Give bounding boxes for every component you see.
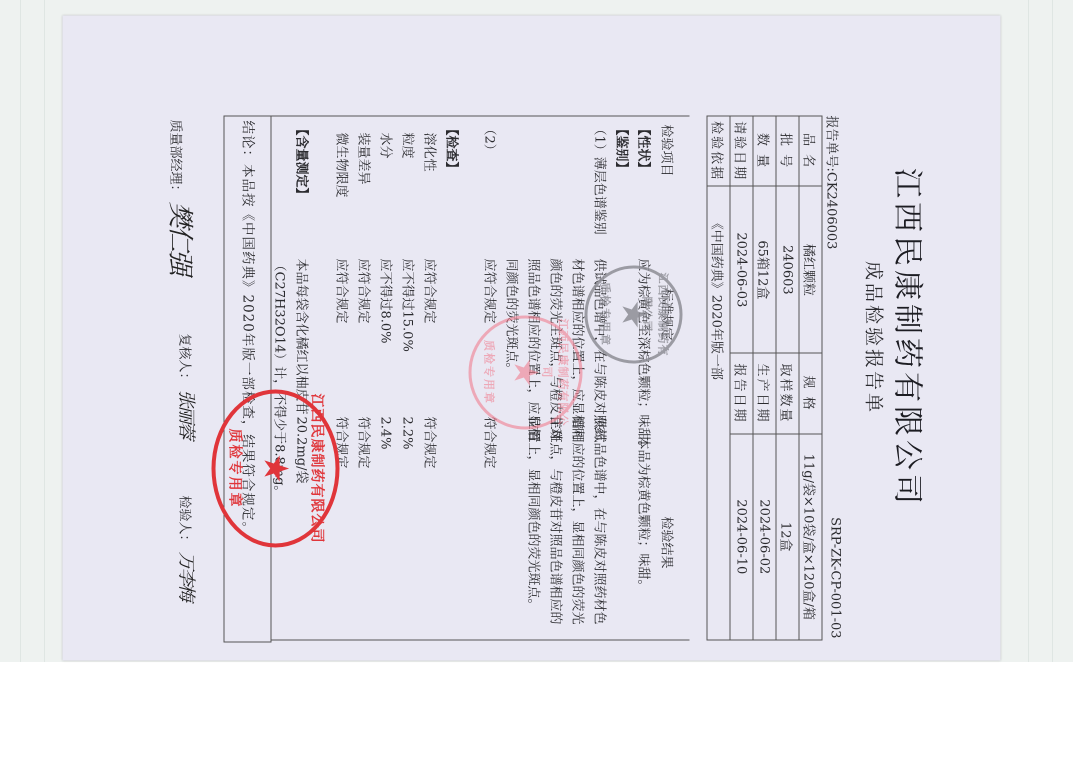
- inspector-label: 检验人：: [176, 495, 191, 547]
- manager-handwriting: 樊仁强: [164, 201, 194, 273]
- reviewer-handwriting: 张丽蓉: [175, 389, 196, 437]
- report-title: 成品检验报告单: [861, 15, 888, 660]
- basis-label: 检验依据: [707, 116, 730, 186]
- character-result: 本品为棕黄色颗粒；味甜。: [631, 436, 653, 592]
- section-inspection: 【检查】: [439, 122, 461, 174]
- tlc-result: 供试品色谱中，在与陈皮对照药材色谱相应的位置上，显相同颜色的荧光主斑点，与橙皮苷…: [521, 416, 609, 624]
- info-label1: 批 号: [776, 116, 799, 186]
- red-qc-stamp: 江西民康制药有限公司 ★ 质检专用章: [211, 389, 339, 547]
- reviewer-signature: 复核人： 张丽蓉: [174, 333, 200, 437]
- star-icon: ★: [508, 357, 542, 387]
- manager-label: 质量部经理：: [167, 119, 182, 197]
- check-result: 2.2%: [395, 416, 417, 449]
- basis-value: 《中国药典》2020年版一部: [707, 186, 730, 640]
- info-label2: 报告日期: [730, 353, 753, 433]
- info-value2: 2024-06-02: [753, 433, 776, 639]
- check-item: 粒度: [395, 132, 417, 158]
- check-standard: 应不得过8.0%: [373, 258, 395, 343]
- product-info-table: 品 名橘红颗粒规 格11g/袋×10袋/盒×120盒/箱批 号240603取样数…: [706, 115, 822, 640]
- info-label2: 生产日期: [753, 353, 776, 433]
- basis-row: 检验依据 《中国药典》2020年版一部: [707, 116, 730, 640]
- gray-qc-stamp: 江西民康制药有限公司 ★ 质检专用章: [584, 265, 682, 363]
- check-item: 溶化性: [417, 132, 439, 171]
- info-value1: 65箱12盒: [753, 186, 776, 353]
- inspector-signature: 检验人： 万李梅: [174, 495, 200, 599]
- info-value1: 橘红颗粒: [799, 186, 822, 353]
- info-value1: 2024-06-03: [730, 186, 753, 353]
- info-label1: 请验日期: [730, 116, 753, 186]
- check-item: 微生物限度: [329, 132, 351, 197]
- check-result: 2.4%: [373, 416, 395, 449]
- info-label2: 取样数量: [776, 353, 799, 433]
- check-item: 水分: [373, 132, 395, 158]
- text-line: 主斑点，与橙皮苷对照品色谱相应的: [543, 416, 565, 624]
- info-row: 品 名橘红颗粒规 格11g/袋×10袋/盒×120盒/箱: [799, 116, 822, 640]
- info-row: 批 号240603取样数量12盒: [776, 116, 799, 640]
- check-standard: 应符合规定: [417, 258, 439, 323]
- manager-signature: 质量部经理： 樊仁强: [163, 119, 200, 273]
- report-number: 报告单号:CK2406003: [823, 115, 842, 249]
- info-label1: 数 量: [753, 116, 776, 186]
- reviewer-label: 复核人：: [176, 333, 191, 385]
- info-value2: 11g/袋×10袋/盒×120盒/箱: [799, 433, 822, 639]
- section-assay: 【含量测定】: [289, 122, 311, 200]
- info-row: 请验日期2024-06-03报告日期2024-06-10: [730, 116, 753, 640]
- check-standard: 应不得过15.0%: [395, 258, 417, 351]
- item-2: （2）: [477, 122, 499, 156]
- info-value2: 12盒: [776, 433, 799, 639]
- info-value1: 240603: [776, 186, 799, 353]
- inspector-handwriting: 万李梅: [175, 551, 196, 599]
- item-2-standard: 应符合规定: [477, 258, 499, 323]
- section-identification: 【鉴别】: [609, 122, 631, 174]
- text-line: 位置上，显相同颜色的荧光斑点。: [521, 416, 543, 624]
- section-character: 【性状】: [631, 122, 653, 174]
- check-standard: 应符合规定: [351, 258, 373, 323]
- form-code: SRP-ZK-CP-001-03: [827, 517, 842, 638]
- text-line: 谱相应的位置上，显相同颜色的荧光: [565, 416, 587, 624]
- text-line: 供试品色谱中，在与陈皮对照药材色: [587, 416, 609, 624]
- info-label1: 品 名: [799, 116, 822, 186]
- pink-qc-stamp: 江西民康制药有限公司 ★ 质检专用章: [468, 315, 582, 429]
- check-item: 装量差异: [351, 132, 373, 184]
- header-result: 检验结果: [658, 516, 677, 568]
- info-value2: 2024-06-10: [730, 433, 753, 639]
- conclusion: 结论：本品按《中国药典》2020年版一部检查，结果符合规定。: [223, 115, 271, 642]
- info-label2: 规 格: [799, 353, 822, 433]
- header-item: 检验项目: [658, 124, 677, 176]
- tlc-item: （1）薄层色谱鉴别: [587, 122, 609, 234]
- company-name: 江西民康制药有限公司: [888, 15, 932, 660]
- star-icon: ★: [258, 453, 292, 483]
- check-result: 符合规定: [351, 416, 373, 468]
- inspection-report-page: 江西民康制药有限公司 成品检验报告单 报告单号:CK2406003 SRP-ZK…: [62, 15, 1000, 660]
- check-result: 符合规定: [417, 416, 439, 468]
- check-standard: 应符合规定: [329, 258, 351, 323]
- info-row: 数 量65箱12盒生产日期2024-06-02: [753, 116, 776, 640]
